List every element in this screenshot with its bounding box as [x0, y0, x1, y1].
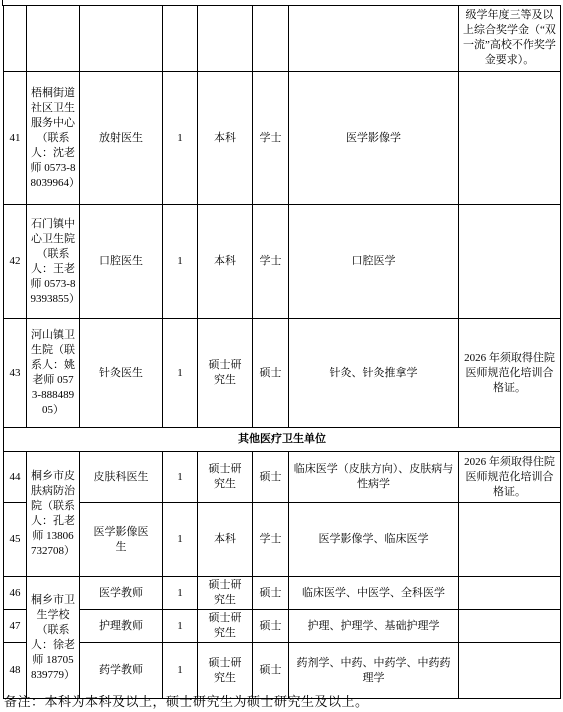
cell-count: 1	[163, 643, 198, 699]
cell-no: 43	[4, 319, 27, 428]
education-text: 硕士研究生	[207, 358, 243, 388]
position-text: 医学教师	[99, 586, 143, 601]
cell-count	[163, 6, 198, 72]
position-text: 针灸医生	[99, 366, 143, 381]
cell-degree: 硕士	[253, 319, 289, 428]
cell-major	[289, 6, 459, 72]
education-text: 硕士研究生	[207, 462, 243, 492]
table-row: 41 梧桐街道社区卫生服务中心（联系人：沈老师 0573-88039964） 放…	[4, 72, 561, 205]
education-text: 硕士研究生	[207, 578, 243, 608]
cell-education	[198, 6, 253, 72]
cell-degree: 硕士	[253, 577, 289, 610]
org-text: 河山镇卫生院（联系人：姚老师 0573-88848905）	[31, 328, 76, 418]
org-text: 石门镇中心卫生院（联系人：王老师 0573-89393855）	[31, 217, 76, 307]
cell-position: 药学教师	[80, 643, 163, 699]
cell-degree: 硕士	[253, 643, 289, 699]
cell-degree: 学士	[253, 72, 289, 205]
cell-degree: 学士	[253, 503, 289, 577]
cell-no: 44	[4, 452, 27, 503]
cell-education: 本科	[198, 503, 253, 577]
cell-org: 河山镇卫生院（联系人：姚老师 0573-88848905）	[27, 319, 80, 428]
cell-position: 口腔医生	[80, 205, 163, 319]
cell-degree: 硕士	[253, 610, 289, 643]
table-row: 47 护理教师 1 硕士研究生 硕士 护理、护理学、基础护理学	[4, 610, 561, 643]
cell-no	[4, 6, 27, 72]
position-text: 皮肤科医生	[94, 470, 149, 485]
cell-major: 医学影像学、临床医学	[289, 503, 459, 577]
cell-count: 1	[163, 205, 198, 319]
cell-education: 本科	[198, 72, 253, 205]
table-row: 46 桐乡市卫生学校（联系人：徐老师 18705839779） 医学教师 1 硕…	[4, 577, 561, 610]
cell-remark	[459, 643, 561, 699]
cell-remark	[459, 72, 561, 205]
cell-position: 医学影像医生	[80, 503, 163, 577]
cell-count: 1	[163, 72, 198, 205]
cell-position: 医学教师	[80, 577, 163, 610]
cell-major: 临床医学、中医学、全科医学	[289, 577, 459, 610]
position-text: 护理教师	[99, 619, 143, 634]
org-text: 桐乡市皮肤病防治院（联系人：孔老师 13806732708）	[31, 469, 76, 559]
cell-major: 药剂学、中药、中药学、中药药理学	[289, 643, 459, 699]
cell-degree	[253, 6, 289, 72]
cell-no: 42	[4, 205, 27, 319]
cell-education: 硕士研究生	[198, 452, 253, 503]
cell-org: 桐乡市卫生学校（联系人：徐老师 18705839779）	[27, 577, 80, 699]
table-row: 42 石门镇中心卫生院（联系人：王老师 0573-89393855） 口腔医生 …	[4, 205, 561, 319]
cell-org: 梧桐街道社区卫生服务中心（联系人：沈老师 0573-88039964）	[27, 72, 80, 205]
cell-org	[27, 6, 80, 72]
cell-education: 硕士研究生	[198, 610, 253, 643]
org-text: 桐乡市卫生学校（联系人：徐老师 18705839779）	[31, 593, 76, 683]
position-text: 药学教师	[99, 663, 143, 678]
cell-education: 硕士研究生	[198, 643, 253, 699]
section-header: 其他医疗卫生单位	[4, 428, 561, 452]
table-row-carryover: 级学年度三等及以上综合奖学金（“双一流”高校不作奖学金要求）。	[4, 6, 561, 72]
cell-education: 本科	[198, 205, 253, 319]
position-text: 医学影像医生	[92, 525, 150, 555]
org-text: 梧桐街道社区卫生服务中心（联系人：沈老师 0573-88039964）	[31, 86, 76, 191]
footnote: 备注：本科为本科及以上，硕士研究生为硕士研究生及以上。	[4, 694, 369, 710]
education-text: 硕士研究生	[207, 656, 243, 686]
cell-no: 41	[4, 72, 27, 205]
table-row: 45 医学影像医生 1 本科 学士 医学影像学、临床医学	[4, 503, 561, 577]
cell-count: 1	[163, 503, 198, 577]
cell-count: 1	[163, 319, 198, 428]
table-row: 48 药学教师 1 硕士研究生 硕士 药剂学、中药、中药学、中药药理学	[4, 643, 561, 699]
cell-major: 护理、护理学、基础护理学	[289, 610, 459, 643]
cell-remark: 级学年度三等及以上综合奖学金（“双一流”高校不作奖学金要求）。	[459, 6, 561, 72]
education-text: 本科	[214, 532, 236, 547]
cell-remark	[459, 205, 561, 319]
cell-position: 护理教师	[80, 610, 163, 643]
cell-count: 1	[163, 452, 198, 503]
table-row: 44 桐乡市皮肤病防治院（联系人：孔老师 13806732708） 皮肤科医生 …	[4, 452, 561, 503]
cell-no: 48	[4, 643, 27, 699]
cell-degree: 硕士	[253, 452, 289, 503]
cell-education: 硕士研究生	[198, 319, 253, 428]
cell-remark	[459, 503, 561, 577]
cell-major: 医学影像学	[289, 72, 459, 205]
cell-major: 口腔医学	[289, 205, 459, 319]
recruitment-table: 级学年度三等及以上综合奖学金（“双一流”高校不作奖学金要求）。 41 梧桐街道社…	[3, 5, 561, 699]
cell-org: 桐乡市皮肤病防治院（联系人：孔老师 13806732708）	[27, 452, 80, 577]
cell-no: 45	[4, 503, 27, 577]
cell-position: 针灸医生	[80, 319, 163, 428]
cell-position	[80, 6, 163, 72]
education-text: 本科	[214, 131, 236, 146]
cell-no: 47	[4, 610, 27, 643]
cell-count: 1	[163, 577, 198, 610]
cell-remark: 2026 年须取得住院医师规范化培训合格证。	[459, 319, 561, 428]
education-text: 本科	[214, 254, 236, 269]
cell-remark	[459, 610, 561, 643]
cell-position: 放射医生	[80, 72, 163, 205]
cell-org: 石门镇中心卫生院（联系人：王老师 0573-89393855）	[27, 205, 80, 319]
cell-position: 皮肤科医生	[80, 452, 163, 503]
cell-no: 46	[4, 577, 27, 610]
cell-degree: 学士	[253, 205, 289, 319]
cell-education: 硕士研究生	[198, 577, 253, 610]
cell-count: 1	[163, 610, 198, 643]
cell-remark: 2026 年须取得住院医师规范化培训合格证。	[459, 452, 561, 503]
position-text: 口腔医生	[99, 254, 143, 269]
table-row: 43 河山镇卫生院（联系人：姚老师 0573-88848905） 针灸医生 1 …	[4, 319, 561, 428]
cell-remark	[459, 577, 561, 610]
cell-major: 临床医学（皮肤方向）、皮肤病与性病学	[289, 452, 459, 503]
position-text: 放射医生	[99, 131, 143, 146]
cell-major: 针灸、针灸推拿学	[289, 319, 459, 428]
section-header-row: 其他医疗卫生单位	[4, 428, 561, 452]
education-text: 硕士研究生	[207, 611, 243, 641]
